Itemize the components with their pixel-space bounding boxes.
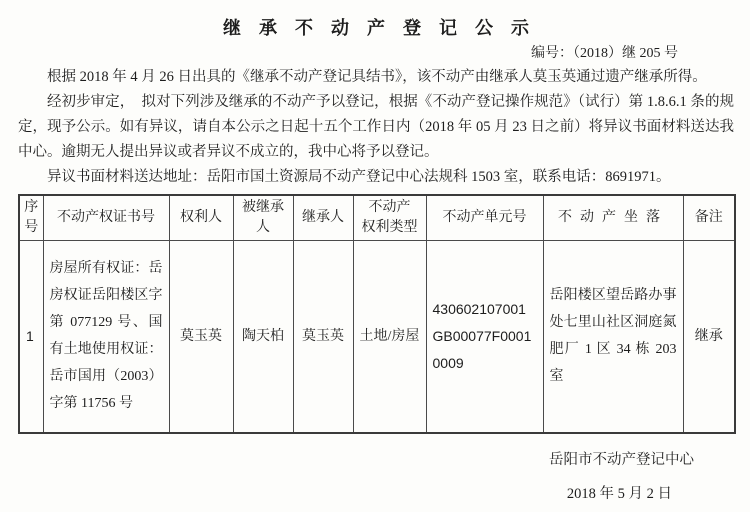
cell-seq: 1 xyxy=(19,241,43,433)
col-header-decedent: 被继承人 xyxy=(233,195,293,241)
col-header-right-type: 不动产 权利类型 xyxy=(353,195,426,241)
table-row: 1 房屋所有权证：岳房权证岳阳楼区字第 077129 号、国有土地使用权证：岳市… xyxy=(19,241,735,433)
issuer-name: 岳阳市不动产登记中心 xyxy=(18,450,734,470)
cell-unit-no: 430602107001GB00077F00010009 xyxy=(426,241,543,433)
col-header-remark: 备注 xyxy=(683,195,735,241)
cell-right-type: 土地/房屋 xyxy=(353,241,426,433)
cell-heir: 莫玉英 xyxy=(293,241,353,433)
document-page: 继承不动产登记公示 编号：（2018）继 205 号 根据 2018 年 4 月… xyxy=(0,0,750,512)
paragraph-notice: 经初步审定， 拟对下列涉及继承的不动产予以登记，根据《不动产登记操作规范》（试行… xyxy=(18,90,734,165)
col-header-seq: 序号 xyxy=(19,195,43,241)
cell-remark: 继承 xyxy=(683,241,735,433)
page-title: 继承不动产登记公示 xyxy=(18,15,734,41)
cell-location: 岳阳楼区望岳路办事处七里山社区洞庭氮肥厂 1 区 34 栋 203 室 xyxy=(543,241,683,433)
col-header-location: 不动产坐落 xyxy=(543,195,683,241)
col-header-heir: 继承人 xyxy=(293,195,353,241)
paragraph-basis: 根据 2018 年 4 月 26 日出具的《继承不动产登记具结书》，该不动产由继… xyxy=(18,65,734,90)
col-header-cert-no: 不动产权证书号 xyxy=(43,195,169,241)
col-header-unit-no: 不动产单元号 xyxy=(426,195,543,241)
doc-number: 编号：（2018）继 205 号 xyxy=(18,43,734,65)
col-header-right-holder: 权利人 xyxy=(169,195,233,241)
cell-cert-no: 房屋所有权证：岳房权证岳阳楼区字第 077129 号、国有土地使用权证：岳市国用… xyxy=(43,241,169,433)
table-header-row: 序号 不动产权证书号 权利人 被继承人 继承人 不动产 权利类型 不动产单元号 … xyxy=(19,195,735,241)
cell-right-holder: 莫玉英 xyxy=(169,241,233,433)
issue-date: 2018 年 5 月 2 日 xyxy=(18,484,734,504)
cell-decedent: 陶天柏 xyxy=(233,241,293,433)
registration-table: 序号 不动产权证书号 权利人 被继承人 继承人 不动产 权利类型 不动产单元号 … xyxy=(18,194,736,434)
paragraph-contact: 异议书面材料送达地址：岳阳市国土资源局不动产登记中心法规科 1503 室，联系电… xyxy=(18,165,734,190)
